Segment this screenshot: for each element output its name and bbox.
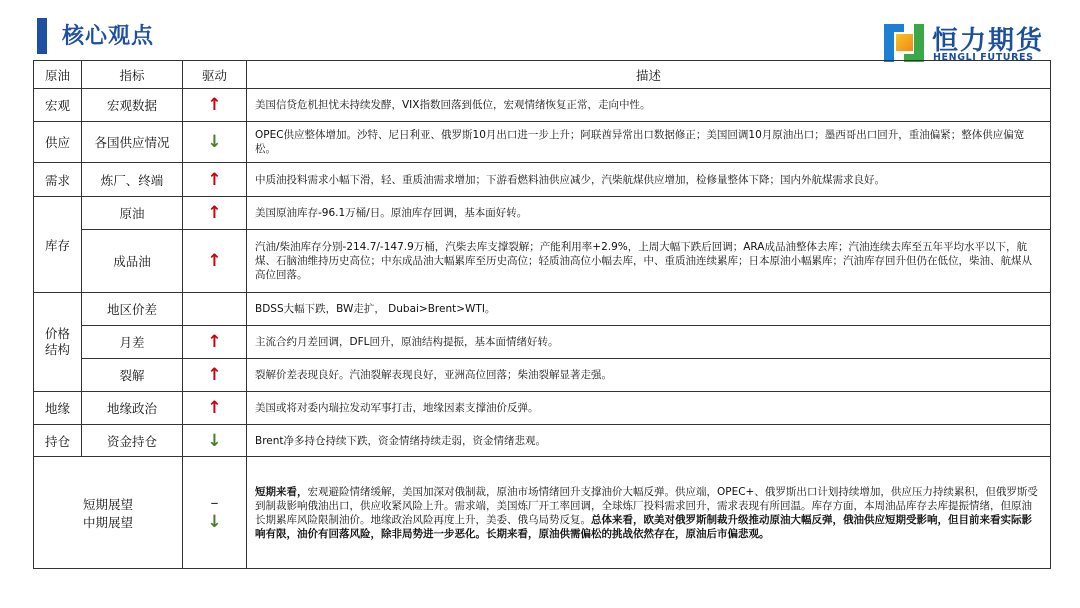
category-cell: 持仓 bbox=[34, 425, 82, 457]
page-title: 核心观点 bbox=[62, 19, 154, 50]
outlook-mid-label: 中期展望 bbox=[34, 513, 182, 531]
header-description: 描述 bbox=[247, 61, 1051, 89]
table-row-macro: 宏观 宏观数据 ↑ 美国信贷危机担忧未持续发酵，VIX指数回落到低位，宏观情绪恢… bbox=[34, 89, 1051, 122]
table-row-regional-spread: 价格结构 地区价差 BDSS大幅下跌，BW走扩， Dubai>Brent>WTI… bbox=[34, 293, 1051, 326]
drive-cell: ↓ bbox=[183, 425, 247, 457]
category-cell: 价格结构 bbox=[34, 293, 82, 392]
header-drive: 驱动 bbox=[183, 61, 247, 89]
drive-cell: ↓ bbox=[183, 122, 247, 163]
category-cell: 需求 bbox=[34, 163, 82, 197]
logo-mark-icon bbox=[884, 24, 924, 62]
table-row-outlook: 短期展望 中期展望 – ↓ 短期来看，宏观避险情绪缓解，美国加深对俄制裁，原油市… bbox=[34, 457, 1051, 569]
description-cell: 美国信贷危机担忧未持续发酵，VIX指数回落到低位，宏观情绪恢复正常，走向中性。 bbox=[247, 89, 1051, 122]
indicator-cell: 原油 bbox=[82, 197, 183, 230]
category-cell: 供应 bbox=[34, 122, 82, 163]
description-cell: 美国原油库存-96.1万桶/日。原油库存回调，基本面好转。 bbox=[247, 197, 1051, 230]
table-row-inventory-products: 成品油 ↑ 汽油/柴油库存分别-214.7/-147.9万桶，汽柴去库支撑裂解；… bbox=[34, 230, 1051, 293]
description-cell: 中质油投料需求小幅下滑，轻、重质油需求增加；下游看燃料油供应减少，汽柴航煤供应增… bbox=[247, 163, 1051, 197]
table-row-positions: 持仓 资金持仓 ↓ Brent净多持仓持续下跌，资金情绪持续走弱，资金情绪悲观。 bbox=[34, 425, 1051, 457]
outlook-label-cell: 短期展望 中期展望 bbox=[34, 457, 183, 569]
indicator-cell: 宏观数据 bbox=[82, 89, 183, 122]
category-cell: 库存 bbox=[34, 197, 82, 293]
description-cell: 美国或将对委内瑞拉发动军事打击，地缘因素支撑油价反弹。 bbox=[247, 392, 1051, 425]
arrow-up-icon: ↑ bbox=[207, 203, 221, 223]
neutral-dash-icon: – bbox=[183, 493, 246, 512]
outlook-drive-cell: – ↓ bbox=[183, 457, 247, 569]
indicator-cell: 地区价差 bbox=[82, 293, 183, 326]
category-label: 价格结构 bbox=[45, 326, 71, 358]
description-cell: OPEC供应整体增加。沙特、尼日利亚、俄罗斯10月出口进一步上升；阿联酋异常出口… bbox=[247, 122, 1051, 163]
table-row-inventory-crude: 库存 原油 ↑ 美国原油库存-96.1万桶/日。原油库存回调，基本面好转。 bbox=[34, 197, 1051, 230]
arrow-up-icon: ↑ bbox=[207, 95, 221, 115]
indicator-cell: 资金持仓 bbox=[82, 425, 183, 457]
header-indicator: 指标 bbox=[82, 61, 183, 89]
indicator-cell: 裂解 bbox=[82, 359, 183, 392]
category-cell: 宏观 bbox=[34, 89, 82, 122]
category-cell: 地缘 bbox=[34, 392, 82, 425]
indicator-cell: 地缘政治 bbox=[82, 392, 183, 425]
drive-cell: ↑ bbox=[183, 197, 247, 230]
drive-cell bbox=[183, 293, 247, 326]
description-cell: Brent净多持仓持续下跌，资金情绪持续走弱，资金情绪悲观。 bbox=[247, 425, 1051, 457]
indicator-cell: 成品油 bbox=[82, 230, 183, 293]
arrow-down-icon: ↓ bbox=[183, 512, 246, 532]
description-cell: 汽油/柴油库存分别-214.7/-147.9万桶，汽柴去库支撑裂解；产能利用率+… bbox=[247, 230, 1051, 293]
outlook-description-cell: 短期来看，宏观避险情绪缓解，美国加深对俄制裁，原油市场情绪回升支撑油价大幅反弹。… bbox=[247, 457, 1051, 569]
header-crude: 原油 bbox=[34, 61, 82, 89]
indicator-cell: 月差 bbox=[82, 326, 183, 359]
core-view-table: 原油 指标 驱动 描述 宏观 宏观数据 ↑ 美国信贷危机担忧未持续发酵，VIX指… bbox=[33, 60, 1051, 569]
arrow-down-icon: ↓ bbox=[207, 132, 221, 152]
table-row-demand: 需求 炼厂、终端 ↑ 中质油投料需求小幅下滑，轻、重质油需求增加；下游看燃料油供… bbox=[34, 163, 1051, 197]
table-row-geopolitics: 地缘 地缘政治 ↑ 美国或将对委内瑞拉发动军事打击，地缘因素支撑油价反弹。 bbox=[34, 392, 1051, 425]
arrow-up-icon: ↑ bbox=[207, 365, 221, 385]
table-row-supply: 供应 各国供应情况 ↓ OPEC供应整体增加。沙特、尼日利亚、俄罗斯10月出口进… bbox=[34, 122, 1051, 163]
table-row-crack: 裂解 ↑ 裂解价差表现良好。汽油裂解表现良好，亚洲高位回落；柴油裂解显著走强。 bbox=[34, 359, 1051, 392]
arrow-up-icon: ↑ bbox=[207, 332, 221, 352]
table-row-time-spread: 月差 ↑ 主流合约月差回调，DFL回升，原油结构提振，基本面情绪好转。 bbox=[34, 326, 1051, 359]
drive-cell: ↑ bbox=[183, 359, 247, 392]
indicator-cell: 炼厂、终端 bbox=[82, 163, 183, 197]
drive-cell: ↑ bbox=[183, 326, 247, 359]
drive-cell: ↑ bbox=[183, 230, 247, 293]
arrow-up-icon: ↑ bbox=[207, 170, 221, 190]
description-cell: 裂解价差表现良好。汽油裂解表现良好，亚洲高位回落；柴油裂解显著走强。 bbox=[247, 359, 1051, 392]
arrow-up-icon: ↑ bbox=[207, 398, 221, 418]
indicator-cell: 各国供应情况 bbox=[82, 122, 183, 163]
drive-cell: ↑ bbox=[183, 163, 247, 197]
drive-cell: ↑ bbox=[183, 89, 247, 122]
outlook-short-label: 短期展望 bbox=[34, 495, 182, 513]
title-accent-bar bbox=[37, 18, 47, 54]
description-cell: 主流合约月差回调，DFL回升，原油结构提振，基本面情绪好转。 bbox=[247, 326, 1051, 359]
arrow-up-icon: ↑ bbox=[207, 251, 221, 271]
arrow-down-icon: ↓ bbox=[207, 431, 221, 451]
outlook-text-bold-1: 短期来看， bbox=[255, 486, 308, 498]
description-cell: BDSS大幅下跌，BW走扩， Dubai>Brent>WTI。 bbox=[247, 293, 1051, 326]
drive-cell: ↑ bbox=[183, 392, 247, 425]
table-header-row: 原油 指标 驱动 描述 bbox=[34, 61, 1051, 89]
